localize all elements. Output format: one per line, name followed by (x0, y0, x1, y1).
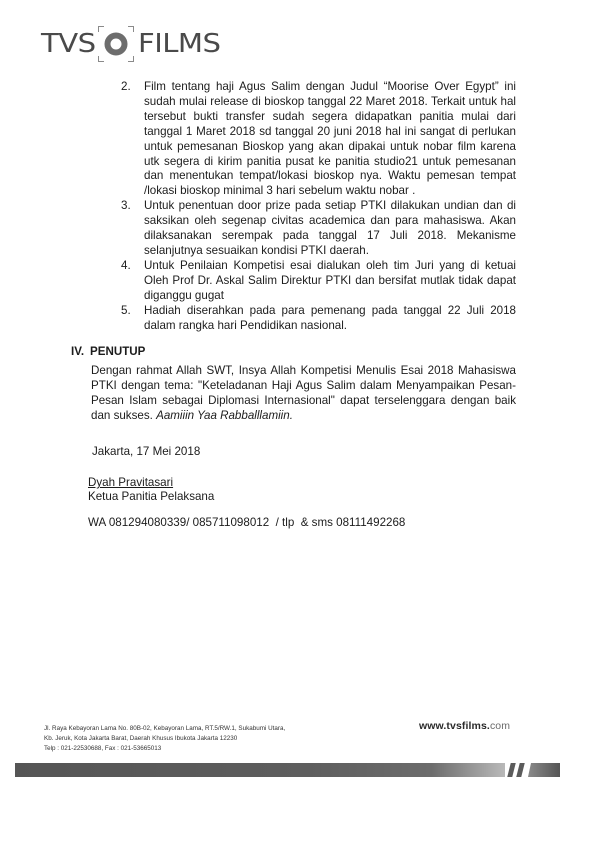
corner-bracket-icon (98, 56, 104, 62)
closing-paragraph-body: Dengan rahmat Allah SWT, Insya Allah Kom… (91, 364, 516, 422)
lens-ring-shape (104, 32, 128, 56)
list-item-text: Untuk Penilaian Kompetisi esai dialukan … (144, 259, 516, 302)
footer-bar-tail (528, 763, 560, 777)
section-number: IV. (71, 345, 90, 359)
corner-bracket-icon (128, 56, 134, 62)
list-item: 2.Film tentang haji Agus Salim dengan Ju… (118, 80, 516, 199)
company-logo: TVS FILMS (41, 26, 211, 62)
list-item: 4.Untuk Penilaian Kompetisi esai dialuka… (118, 259, 516, 304)
list-item-text: Hadiah diserahkan pada para pemenang pad… (144, 304, 516, 332)
signatory-title: Ketua Panitia Pelaksana (88, 490, 214, 505)
footer-bar-stripe (507, 763, 515, 777)
list-item-number: 2. (121, 80, 131, 95)
website-url-tld: com (490, 720, 510, 732)
logo-text-tvs: TVS (41, 26, 96, 62)
list-item-number: 4. (121, 259, 131, 274)
signatory-name: Dyah Pravitasari (88, 476, 173, 491)
footer-bar-stripe (516, 763, 524, 777)
website-url-main: www.tvsfilms. (419, 720, 490, 732)
list-item-number: 3. (121, 199, 131, 214)
corner-bracket-icon (128, 26, 134, 32)
list-item: 3.Untuk penentuan door prize pada setiap… (118, 199, 516, 259)
list-item-text: Untuk penentuan door prize pada setiap P… (144, 199, 516, 257)
logo-text-films: FILMS (138, 26, 220, 62)
list-item-text: Film tentang haji Agus Salim dengan Judu… (144, 80, 516, 197)
closing-prayer: Aamiiin Yaa Rabballlamiin. (156, 409, 293, 422)
contact-numbers: WA 081294080339/ 085711098012 / tlp & sm… (88, 516, 405, 531)
footer-decorative-bar (15, 763, 560, 777)
closing-paragraph: Dengan rahmat Allah SWT, Insya Allah Kom… (91, 364, 516, 424)
footer-address: Jl. Raya Kebayoran Lama No. 80B-02, Keba… (44, 724, 285, 754)
footer-bar-main (15, 763, 505, 777)
section-heading: IV.PENUTUP (71, 345, 145, 359)
website-link[interactable]: www.tvsfilms.com (419, 720, 510, 732)
address-line: Jl. Raya Kebayoran Lama No. 80B-02, Keba… (44, 724, 285, 734)
address-line: Telp : 021-22530688, Fax : 021-53665013 (44, 744, 285, 754)
list-item: 5.Hadiah diserahkan pada para pemenang p… (118, 304, 516, 334)
camera-lens-ring-icon (98, 26, 134, 62)
place-date: Jakarta, 17 Mei 2018 (92, 445, 200, 460)
section-title: PENUTUP (90, 345, 145, 358)
list-item-number: 5. (121, 304, 131, 319)
address-line: Kb. Jeruk, Kota Jakarta Barat, Daerah Kh… (44, 734, 285, 744)
numbered-list: 2.Film tentang haji Agus Salim dengan Ju… (118, 80, 516, 333)
